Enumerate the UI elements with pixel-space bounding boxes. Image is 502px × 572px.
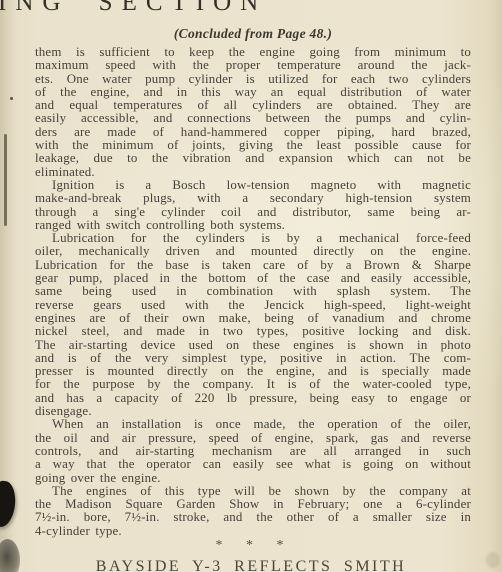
ink-blob-gray <box>0 539 20 572</box>
text-line: going over the engine. <box>35 472 471 485</box>
text-line: the Madison Square Garden Show in Februa… <box>35 498 471 511</box>
next-article-heading-partial: BAYSIDE Y-3 REFLECTS SMITH <box>0 558 502 572</box>
text-line: Lubrication for the base is taken care o… <box>35 259 471 272</box>
article-body: them is sufficient to keep the engine go… <box>35 46 471 538</box>
text-line: leakage, due to the vibration and expans… <box>35 152 471 165</box>
text-line: ets. One water pump cylinder is utilized… <box>35 73 471 86</box>
text-line: make-and-break plugs, with a secondary h… <box>35 192 471 205</box>
section-header-partial: ING SECTION <box>0 0 267 17</box>
text-line: engines are of their own make, being of … <box>35 312 471 325</box>
ink-speck <box>10 97 13 100</box>
text-line: presser is mounted directly on the engin… <box>35 365 471 378</box>
text-line: controls, and air-starting mechanism are… <box>35 445 471 458</box>
text-line: ranged with switch controlling both syst… <box>35 219 471 232</box>
asterisk-divider: * * * <box>35 538 465 554</box>
text-line: eliminated. <box>35 166 471 179</box>
text-line: same being used in combination with spla… <box>35 285 471 298</box>
binding-edge-line <box>4 134 7 226</box>
text-line: of the engine, and in this way an equal … <box>35 86 471 99</box>
text-line: them is sufficient to keep the engine go… <box>35 46 471 59</box>
text-line: Ignition is a Bosch low-tension magneto … <box>35 179 471 192</box>
text-line: and has a capacity of 220 lb pressure, b… <box>35 392 471 405</box>
text-line: gear pump, placed in the bottom of the c… <box>35 272 471 285</box>
text-line: The air-starting device used on these en… <box>35 339 471 352</box>
text-line: the oil and air pressure, speed of engin… <box>35 432 471 445</box>
text-line: 4-cylinder type. <box>35 525 471 538</box>
text-line: maximum speed with the proper temperatur… <box>35 59 471 72</box>
text-line: The engines of this type will be shown b… <box>35 485 471 498</box>
text-line: oiler, mechanically driven and mounted d… <box>35 245 471 258</box>
text-line: and equal temperatures of all cylinders … <box>35 99 471 112</box>
text-line: Lubrication for the cylinders is by a me… <box>35 232 471 245</box>
text-line: disengage. <box>35 405 471 418</box>
text-line: and is of the very simplest type, positi… <box>35 352 471 365</box>
text-line: with the minimum of joints, giving the l… <box>35 139 471 152</box>
text-line: easily accessible, and connections betwe… <box>35 112 471 125</box>
text-line: through a sing'e cylinder coil and distr… <box>35 206 471 219</box>
text-line: nickel steel, and made in two types, pos… <box>35 325 471 338</box>
text-line: for the purpose by the company. It is of… <box>35 378 471 391</box>
text-line: 7½-in. bore, 7½-in. stroke, and the othe… <box>35 511 471 524</box>
text-line: a way that the operator can easily see w… <box>35 458 471 471</box>
text-line: When an installation is once made, the o… <box>35 418 471 431</box>
text-line: ders are made of hand-hammered copper pi… <box>35 126 471 139</box>
text-line: reverse gears used with the Jencick high… <box>35 299 471 312</box>
magazine-page-scan: ING SECTION (Concluded from Page 48.) th… <box>0 0 502 572</box>
edge-smudge <box>486 552 500 568</box>
concluded-from-note: (Concluded from Page 48.) <box>35 26 471 42</box>
ink-blob-black <box>0 480 18 529</box>
